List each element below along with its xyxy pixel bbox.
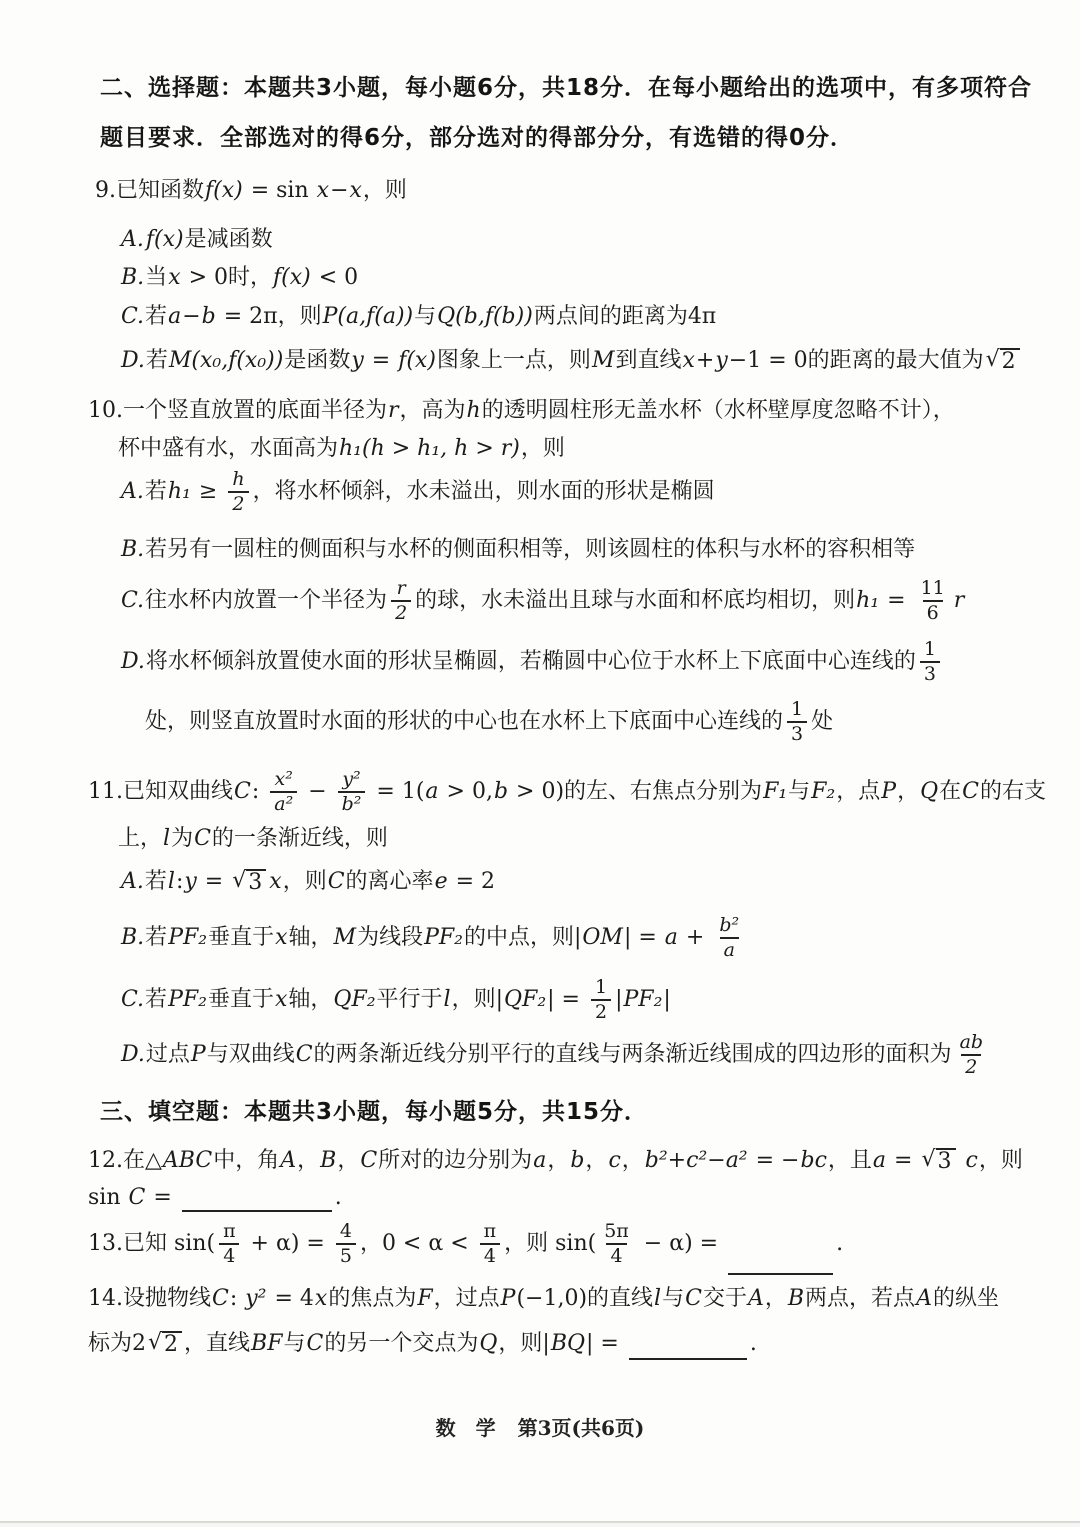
math-run: A <box>279 1150 297 1172</box>
math-run: PF₂ <box>623 989 664 1011</box>
text-run: 的右支 <box>980 781 1046 803</box>
text-run: ，则| <box>452 989 503 1011</box>
fraction: 116 <box>917 578 949 625</box>
text-run: 13.已知 sin( <box>88 1233 215 1255</box>
radical-sign: √ <box>986 349 1000 371</box>
text-run: ，将水杯倾斜，水未溢出，则水面的形状是椭圆 <box>253 481 715 503</box>
text-run: − <box>182 306 200 328</box>
math-run: C <box>193 828 212 850</box>
q11-stem-line2: 上，l为C的一条渐近线，则 <box>118 821 388 857</box>
text-run: 三、填空题：本题共3小题，每小题5分，共15分． <box>100 1101 648 1124</box>
q10-option-a: A.若h₁ ≥ h2，将水杯倾斜，水未溢出，则水面的形状是椭圆 <box>120 459 715 525</box>
text-run: 的一条渐近线，则 <box>212 828 388 850</box>
math-run: C <box>306 1333 325 1355</box>
text-run: ，则 sin( <box>504 1233 596 1255</box>
text-run: | = <box>624 927 664 949</box>
text-run: ， <box>897 781 919 803</box>
fraction: x²a² <box>270 769 297 816</box>
math-run: f(x) <box>397 350 437 372</box>
radicand: 2 <box>162 1331 182 1356</box>
text-run: ，过点 <box>434 1288 500 1310</box>
text-run: : <box>230 1288 244 1310</box>
text-run: + <box>696 350 714 372</box>
denominator: 2 <box>391 600 411 625</box>
section-choice-header-line1: 二、选择题：本题共3小题，每小题6分，共18分．在每小题给出的选项中，有多项符合 <box>100 70 1032 106</box>
math-run: OM <box>581 927 624 949</box>
exam-page: 二、选择题：本题共3小题，每小题6分，共18分．在每小题给出的选项中，有多项符合… <box>0 0 1080 1527</box>
math-run: Q(b,f(b)) <box>436 306 534 328</box>
math-run: x <box>349 180 363 202</box>
text-run: + α) = <box>244 1233 332 1255</box>
numerator: 5π <box>600 1221 633 1243</box>
text-run: 的另一个交点为 <box>324 1333 478 1355</box>
text-run: 若 <box>145 989 167 1011</box>
math-run: b <box>201 306 217 328</box>
square-root: √2 <box>986 349 1020 373</box>
text-run: ≥ <box>192 481 224 503</box>
text-run: < 0 <box>312 267 358 289</box>
radical-sign: √ <box>232 870 246 892</box>
text-run: sin <box>88 1187 128 1209</box>
denominator: 2 <box>228 491 248 516</box>
fraction: b²a <box>715 915 743 962</box>
text-run: 与 <box>283 1333 305 1355</box>
answer-blank <box>629 1336 747 1360</box>
math-run: Q <box>919 781 939 803</box>
math-run: y <box>714 350 728 372</box>
math-run: y <box>350 350 364 372</box>
denominator: 5 <box>336 1243 356 1268</box>
text-run: ，则 <box>521 438 565 460</box>
text-run: ，则 <box>283 871 327 893</box>
q14-stem-line1: 14.设抛物线C: y² = 4x的焦点为F，过点P(−1,0)的直线l与C交于… <box>88 1281 999 1317</box>
text-run: > 0时， <box>182 267 272 289</box>
denominator: 4 <box>480 1243 500 1268</box>
q10-option-b: B.若另有一圆柱的侧面积与水杯的侧面积相等，则该圆柱的体积与水杯的容积相等 <box>120 532 915 568</box>
fraction: ab2 <box>956 1032 988 1079</box>
math-run: a <box>872 1150 887 1172</box>
text-run: 二、选择题：本题共3小题，每小题6分，共18分．在每小题给出的选项中，有多项符合 <box>100 77 1032 100</box>
math-run: r <box>387 400 400 422</box>
text-run: . <box>750 1333 757 1355</box>
text-run: 的两条渐近线分别平行的直线与两条渐近线围成的四边形的面积为 <box>314 1044 952 1066</box>
math-run: b²+c²−a² <box>644 1150 749 1172</box>
math-run: F₂ <box>810 781 836 803</box>
text-run: 当 <box>145 267 167 289</box>
math-run: D. <box>120 651 146 673</box>
math-run: bc <box>800 1150 828 1172</box>
math-run: x <box>274 927 288 949</box>
denominator: 2 <box>591 999 611 1024</box>
math-run: b <box>493 781 509 803</box>
text-run: 中，角 <box>213 1150 279 1172</box>
page-footer: 数 学 第3页(共6页) <box>0 1412 1080 1441</box>
text-run: 的透明圆柱形无盖水杯（水杯壁厚度忽略不计）， <box>482 400 955 422</box>
math-run: y <box>183 871 197 893</box>
q14-stem-line2: 标为2√2，直线BF与C的另一个交点为Q，则|BQ| = . <box>88 1324 757 1364</box>
text-run: 将水杯倾斜放置使水面的形状呈椭圆，若椭圆中心位于水杯上下底面中心连线的 <box>146 651 916 673</box>
text-run: 的离心率 <box>346 871 434 893</box>
math-run: C <box>128 1187 147 1209</box>
fraction: 45 <box>336 1221 356 1268</box>
text-run: = <box>887 1150 919 1172</box>
q10-option-d-line1: D.将水杯倾斜放置使水面的形状呈椭圆，若椭圆中心位于水杯上下底面中心连线的13 <box>120 629 944 695</box>
denominator: 3 <box>787 721 807 746</box>
text-run: ， <box>337 1150 359 1172</box>
text-run: 若 <box>145 927 167 949</box>
math-run: ABC <box>162 1150 213 1172</box>
numerator: 4 <box>336 1221 356 1243</box>
text-run: 的纵坐 <box>933 1288 999 1310</box>
denominator: 4 <box>606 1243 626 1268</box>
math-run: QF₂ <box>503 989 547 1011</box>
text-run: 垂直于 <box>208 927 274 949</box>
math-run: A <box>747 1288 765 1310</box>
text-run: > 0, <box>440 781 493 803</box>
text-run: 若另有一圆柱的侧面积与水杯的侧面积相等，则该圆柱的体积与水杯的容积相等 <box>145 539 915 561</box>
q9-option-d: D.若M(x₀,f(x₀))是函数y = f(x)图象上一点，则M到直线x+y−… <box>120 341 1022 381</box>
denominator: 3 <box>920 661 940 686</box>
math-run: B <box>319 1150 337 1172</box>
q12-stem-line1: 12.在△ABC中，角A，B，C所对的边分别为a，b，c，b²+c²−a² = … <box>88 1141 1023 1181</box>
denominator: a <box>720 937 739 962</box>
square-root: √2 <box>148 1332 182 1356</box>
math-run: f(x) <box>145 229 185 251</box>
numerator: y² <box>338 769 364 791</box>
math-run: h₁ <box>855 590 880 612</box>
math-run: f(x) <box>272 267 312 289</box>
math-run: BQ <box>550 1333 586 1355</box>
numerator: ab <box>956 1032 988 1054</box>
numerator: 1 <box>920 639 940 661</box>
text-run: 是函数 <box>284 350 350 372</box>
q11-option-a: A.若l:y = √3x，则C的离心率e = 2 <box>120 862 495 902</box>
footer-page-info: 第3页(共6页) <box>518 1412 645 1441</box>
text-run: ， <box>765 1288 787 1310</box>
answer-blank <box>728 1251 833 1275</box>
text-run: 垂直于 <box>208 989 274 1011</box>
square-root: √3 <box>921 1149 955 1173</box>
text-run: = 2 <box>449 871 495 893</box>
text-run: = − <box>749 1150 800 1172</box>
q11-stem-line1: 11.已知双曲线C: x²a² − y²b² = 1(a > 0,b > 0)的… <box>88 757 1046 827</box>
text-run: 9.已知函数 <box>95 180 204 202</box>
math-run: a <box>532 1150 547 1172</box>
numerator: x² <box>271 769 297 791</box>
math-run: a <box>424 781 439 803</box>
numerator: h <box>228 469 248 491</box>
text-run: . <box>335 1187 342 1209</box>
fraction: r2 <box>391 578 411 625</box>
text-run: 若 <box>145 306 167 328</box>
math-run: r <box>953 590 966 612</box>
fraction: y²b² <box>338 769 366 816</box>
text-run: 是减函数 <box>185 229 273 251</box>
text-run: 标为2 <box>88 1333 146 1355</box>
math-run: M <box>333 927 358 949</box>
q11-option-b: B.若PF₂垂直于x轴，M为线段PF₂的中点，则|OM| = a + b²a <box>120 903 747 973</box>
text-run: 交于 <box>703 1288 747 1310</box>
text-run: ， <box>585 1150 607 1172</box>
text-run: 10.一个竖直放置的底面半径为 <box>88 400 387 422</box>
text-run: | = <box>547 989 587 1011</box>
radicand: 3 <box>936 1148 956 1173</box>
math-run: PF₂ <box>167 989 208 1011</box>
text-run: | = <box>586 1333 626 1355</box>
section-choice-header-line2: 题目要求．全部选对的得6分，部分选对的得部分分，有选错的得0分． <box>100 120 854 156</box>
math-run: A. <box>120 229 145 251</box>
text-run: ，且 <box>828 1150 872 1172</box>
text-run: 上， <box>118 828 162 850</box>
text-run: ， <box>297 1150 319 1172</box>
text-run: 为 <box>171 828 193 850</box>
text-run: = <box>146 1187 178 1209</box>
text-run: 若 <box>146 350 168 372</box>
text-run: − <box>301 781 333 803</box>
math-run: l <box>167 871 176 893</box>
text-run: 为线段 <box>357 927 423 949</box>
q9-stem: 9.已知函数f(x) = sin x−x，则 <box>95 173 407 209</box>
math-run: f(x) <box>204 180 244 202</box>
numerator: 1 <box>787 699 807 721</box>
footer-subject: 数 学 <box>436 1412 496 1441</box>
text-run: 处，则竖直放置时水面的形状的中心也在水杯上下底面中心连线的 <box>145 711 783 733</box>
fraction: 13 <box>920 639 940 686</box>
math-run: x <box>681 350 695 372</box>
fraction: h2 <box>228 469 248 516</box>
math-run: c <box>607 1150 621 1172</box>
math-run: a <box>167 306 182 328</box>
text-run: −1 = 0的距离的最大值为 <box>729 350 984 372</box>
math-run: C. <box>120 590 145 612</box>
math-run: x <box>274 989 288 1011</box>
q11-option-d: D.过点P与双曲线C的两条渐近线分别平行的直线与两条渐近线围成的四边形的面积为a… <box>120 1022 991 1088</box>
text-run: 与 <box>788 781 810 803</box>
numerator: π <box>219 1221 240 1243</box>
q9-option-a: A.f(x)是减函数 <box>120 222 273 258</box>
math-run: A. <box>120 481 145 503</box>
text-run: 与 <box>414 306 436 328</box>
q13-stem: 13.已知 sin(π4 + α) = 45，0 < α < π4，则 sin(… <box>88 1209 843 1279</box>
text-run: | <box>663 989 670 1011</box>
math-run: C <box>233 781 252 803</box>
math-run: b <box>569 1150 585 1172</box>
q9-option-b: B.当x > 0时，f(x) < 0 <box>120 260 358 296</box>
math-run: h₁ <box>167 481 192 503</box>
math-run: QF₂ <box>332 989 376 1011</box>
math-run: x <box>268 871 282 893</box>
math-run: B. <box>120 267 145 289</box>
text-run: 与 <box>662 1288 684 1310</box>
math-run: y² <box>244 1288 267 1310</box>
text-run: 与双曲线 <box>207 1044 295 1066</box>
text-run: ， <box>622 1150 644 1172</box>
math-run: F₁ <box>762 781 788 803</box>
text-run: 处 <box>811 711 833 733</box>
denominator: a² <box>270 791 297 816</box>
numerator: b² <box>715 915 743 937</box>
text-run: 的中点，则| <box>464 927 581 949</box>
text-run: 若 <box>145 481 167 503</box>
math-run: P <box>500 1288 517 1310</box>
math-run: C <box>359 1150 378 1172</box>
text-run: 到直线 <box>615 350 681 372</box>
text-run: 在 <box>939 781 961 803</box>
math-run: PF₂ <box>167 927 208 949</box>
text-run: ，直线 <box>184 1333 250 1355</box>
math-run: c <box>965 1150 979 1172</box>
text-run: 图象上一点，则 <box>437 350 591 372</box>
text-run: = <box>880 590 912 612</box>
math-run: x <box>314 1288 328 1310</box>
denominator: b² <box>338 791 366 816</box>
numerator: π <box>480 1221 501 1243</box>
text-run: = 2π，则 <box>217 306 322 328</box>
math-run: P <box>190 1044 207 1066</box>
text-run: 若 <box>145 871 167 893</box>
math-run: P(a,f(a)) <box>322 306 415 328</box>
text-run: ，则 <box>979 1150 1023 1172</box>
text-run: 14.设抛物线 <box>88 1288 211 1310</box>
text-run: ，0 < α < <box>360 1233 476 1255</box>
math-run: B. <box>120 927 145 949</box>
fraction: π4 <box>219 1221 240 1268</box>
denominator: 6 <box>923 600 943 625</box>
math-run: A. <box>120 871 145 893</box>
radicand: 3 <box>246 869 266 894</box>
text-run: ，则| <box>498 1333 549 1355</box>
text-run: ，点 <box>836 781 880 803</box>
text-run: 杯中盛有水，水面高为 <box>118 438 338 460</box>
math-run: C <box>684 1288 703 1310</box>
text-run: = 1( <box>369 781 424 803</box>
square-root: √3 <box>232 870 266 894</box>
text-run: . <box>836 1233 843 1255</box>
text-run: 题目要求．全部选对的得6分，部分选对的得部分分，有选错的得0分． <box>100 127 854 150</box>
numerator: r <box>393 578 410 600</box>
text-run: 两点间的距离为4π <box>534 306 716 328</box>
math-run: D. <box>120 350 146 372</box>
math-run: C. <box>120 306 145 328</box>
q10-stem-line1: 10.一个竖直放置的底面半径为r，高为h的透明圆柱形无盖水杯（水杯壁厚度忽略不计… <box>88 393 955 429</box>
math-run: l <box>653 1288 662 1310</box>
text-run: 轴， <box>289 927 333 949</box>
math-run: M <box>591 350 616 372</box>
radical-sign: √ <box>148 1332 162 1354</box>
math-run: l <box>162 828 171 850</box>
math-run: B. <box>120 539 145 561</box>
text-run: 11.已知双曲线 <box>88 781 233 803</box>
math-run: x <box>316 180 330 202</box>
math-run: e <box>434 871 449 893</box>
fraction: 5π4 <box>600 1221 633 1268</box>
text-run: | <box>615 989 622 1011</box>
text-run: ，则 <box>363 180 407 202</box>
text-run: = 4 <box>268 1288 314 1310</box>
math-run: l <box>443 989 452 1011</box>
math-run: M(x₀,f(x₀)) <box>168 350 284 372</box>
text-run: : <box>176 871 183 893</box>
math-run: Q <box>478 1333 498 1355</box>
math-run: F <box>416 1288 433 1310</box>
math-run: BF <box>250 1333 283 1355</box>
denominator: 2 <box>961 1054 981 1079</box>
q9-option-c: C.若a−b = 2π，则P(a,f(a))与Q(b,f(b))两点间的距离为4… <box>120 299 716 335</box>
numerator: 11 <box>917 578 949 600</box>
text-run: 平行于 <box>377 989 443 1011</box>
section-fill-header: 三、填空题：本题共3小题，每小题5分，共15分． <box>100 1094 648 1130</box>
text-run: + <box>679 927 711 949</box>
text-run: 所对的边分别为 <box>378 1150 532 1172</box>
radicand: 2 <box>1000 348 1020 373</box>
text-run: 的焦点为 <box>328 1288 416 1310</box>
denominator: 4 <box>219 1243 239 1268</box>
math-run: B <box>787 1288 805 1310</box>
text-run: = sin <box>244 180 316 202</box>
fraction: 12 <box>591 977 611 1024</box>
text-run: 两点，若点 <box>805 1288 915 1310</box>
text-run: : <box>252 781 266 803</box>
math-run: P <box>880 781 897 803</box>
math-run: C <box>327 871 346 893</box>
text-run: 12.在△ <box>88 1150 162 1172</box>
text-run: > 0)的左、右焦点分别为 <box>509 781 762 803</box>
text-run: 的球，水未溢出且球与水面和杯底均相切，则 <box>415 590 855 612</box>
text-run: = <box>198 871 230 893</box>
text-run: ， <box>547 1150 569 1172</box>
math-run: D. <box>120 1044 146 1066</box>
math-run: PF₂ <box>423 927 464 949</box>
math-run: C <box>961 781 980 803</box>
math-run: C. <box>120 989 145 1011</box>
text-run: ，高为 <box>400 400 466 422</box>
fraction: 13 <box>787 699 807 746</box>
q10-option-d-line2: 处，则竖直放置时水面的形状的中心也在水杯上下底面中心连线的13处 <box>145 689 833 755</box>
text-run: (−1,0)的直线 <box>516 1288 653 1310</box>
math-run: C <box>295 1044 314 1066</box>
text-run <box>958 1150 965 1172</box>
math-run: a <box>664 927 679 949</box>
math-run: x <box>167 267 181 289</box>
text-run: = <box>365 350 397 372</box>
text-run: 过点 <box>146 1044 190 1066</box>
q10-option-c: C.往水杯内放置一个半径为r2的球，水未溢出且球与水面和杯底均相切，则h₁ = … <box>120 568 965 634</box>
text-run: − <box>330 180 348 202</box>
numerator: 1 <box>591 977 611 999</box>
text-run: 往水杯内放置一个半径为 <box>145 590 387 612</box>
math-run: h₁(h > h₁, h > r) <box>338 438 521 460</box>
math-run: h <box>466 400 482 422</box>
text-run: 轴， <box>288 989 332 1011</box>
scan-edge-bottom <box>0 1523 1080 1527</box>
text-run: − α) = <box>637 1233 725 1255</box>
math-run: A <box>915 1288 933 1310</box>
math-run: C <box>211 1288 230 1310</box>
fraction: π4 <box>480 1221 501 1268</box>
radical-sign: √ <box>921 1149 935 1171</box>
